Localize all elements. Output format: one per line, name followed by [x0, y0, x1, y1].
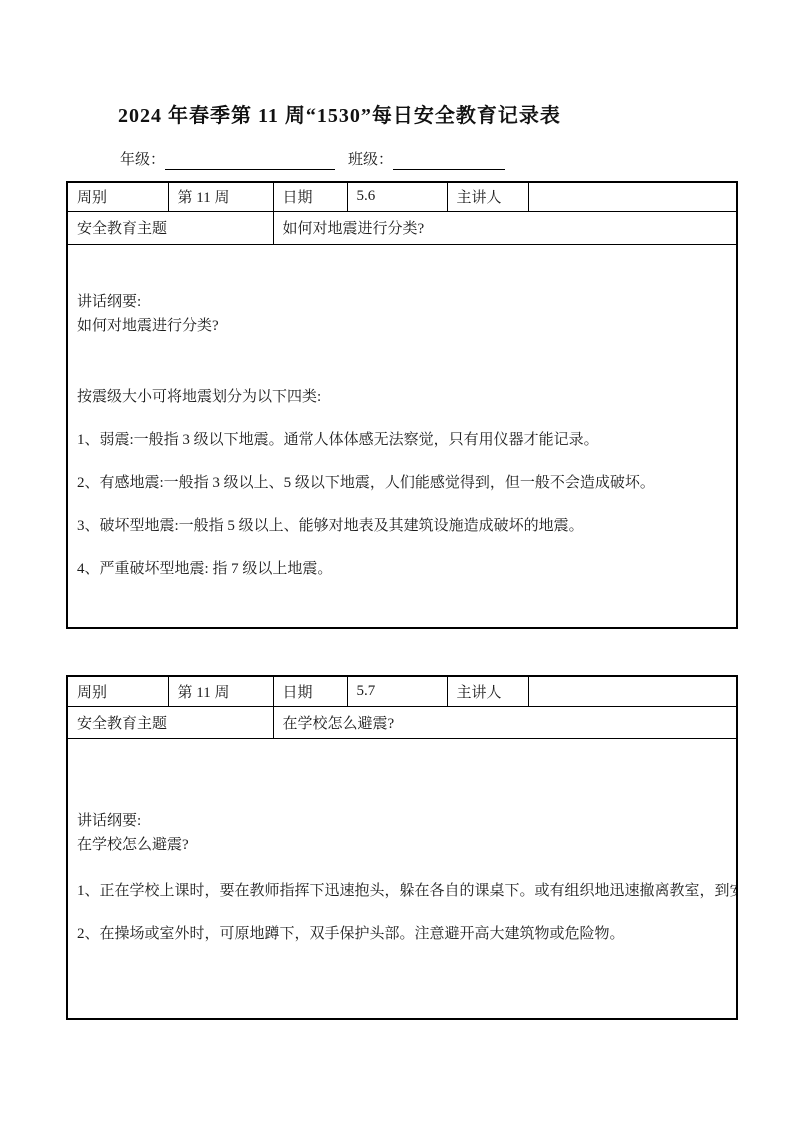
document-page: 2024 年春季第 11 周“1530”每日安全教育记录表 年级： 班级： 周别…: [0, 0, 793, 1122]
lecturer-value-cell: [528, 676, 737, 706]
table-row: 讲话纲要: 在学校怎么避震? 1、正在学校上课时，要在教师指挥下迅速抱头，躲在各…: [67, 738, 737, 1019]
safety-record-table-2: 周别 第 11 周 日期 5.7 主讲人 安全教育主题 在学校怎么避震? 讲话纲…: [66, 675, 738, 1020]
outline-paragraph: 1、正在学校上课时，要在教师指挥下迅速抱头，躲在各自的课桌下。或有组织地迅速撤离…: [77, 878, 727, 904]
outline-paragraph: 4、严重破坏型地震: 指 7 级以上地震。: [77, 556, 727, 582]
outline-question: 如何对地震进行分类?: [77, 314, 727, 338]
table-row: 周别 第 11 周 日期 5.7 主讲人: [67, 676, 737, 706]
lecturer-value-cell: [528, 182, 737, 211]
outline-cell: 讲话纲要: 如何对地震进行分类? 按震级大小可将地震划分为以下四类: 1、弱震:…: [67, 244, 737, 628]
outline-paragraph: 1、弱震:一般指 3 级以下地震。通常人体体感无法察觉，只有用仪器才能记录。: [77, 427, 727, 453]
date-value-cell: 5.7: [347, 676, 447, 706]
date-value-cell: 5.6: [347, 182, 447, 211]
week-label-cell: 周别: [67, 182, 168, 211]
lecturer-label-cell: 主讲人: [447, 182, 528, 211]
topic-value-cell: 如何对地震进行分类?: [273, 211, 737, 244]
table-row: 安全教育主题 如何对地震进行分类?: [67, 211, 737, 244]
outline-paragraph: 按震级大小可将地震划分为以下四类:: [77, 384, 727, 410]
outline-cell: 讲话纲要: 在学校怎么避震? 1、正在学校上课时，要在教师指挥下迅速抱头，躲在各…: [67, 738, 737, 1019]
page-title: 2024 年春季第 11 周“1530”每日安全教育记录表: [118, 99, 561, 128]
grade-class-line: 年级： 班级：: [120, 148, 505, 170]
week-label-cell: 周别: [67, 676, 168, 706]
date-label-cell: 日期: [273, 182, 347, 211]
grade-blank-field: [165, 151, 335, 170]
outline-label: 讲话纲要:: [77, 290, 727, 314]
outline-paragraph: 3、破坏型地震:一般指 5 级以上、能够对地表及其建筑设施造成破坏的地震。: [77, 513, 727, 539]
lecturer-label-cell: 主讲人: [447, 676, 528, 706]
topic-label-cell: 安全教育主题: [67, 211, 273, 244]
table-row: 安全教育主题 在学校怎么避震?: [67, 706, 737, 738]
week-value-cell: 第 11 周: [168, 676, 273, 706]
outline-question: 在学校怎么避震?: [77, 833, 727, 857]
safety-record-table-1: 周别 第 11 周 日期 5.6 主讲人 安全教育主题 如何对地震进行分类? 讲…: [66, 181, 738, 629]
week-value-cell: 第 11 周: [168, 182, 273, 211]
table-row: 讲话纲要: 如何对地震进行分类? 按震级大小可将地震划分为以下四类: 1、弱震:…: [67, 244, 737, 628]
table-row: 周别 第 11 周 日期 5.6 主讲人: [67, 182, 737, 211]
class-blank-field: [393, 151, 505, 170]
class-field-label: 班级：: [348, 150, 393, 170]
topic-label-cell: 安全教育主题: [67, 706, 273, 738]
grade-field-label: 年级：: [120, 150, 165, 170]
date-label-cell: 日期: [273, 676, 347, 706]
outline-paragraph: 2、在操场或室外时，可原地蹲下，双手保护头部。注意避开高大建筑物或危险物。: [77, 921, 727, 947]
outline-paragraph: 2、有感地震:一般指 3 级以上、5 级以下地震，人们能感觉得到，但一般不会造成…: [77, 470, 727, 496]
topic-value-cell: 在学校怎么避震?: [273, 706, 737, 738]
outline-label: 讲话纲要:: [77, 809, 727, 833]
